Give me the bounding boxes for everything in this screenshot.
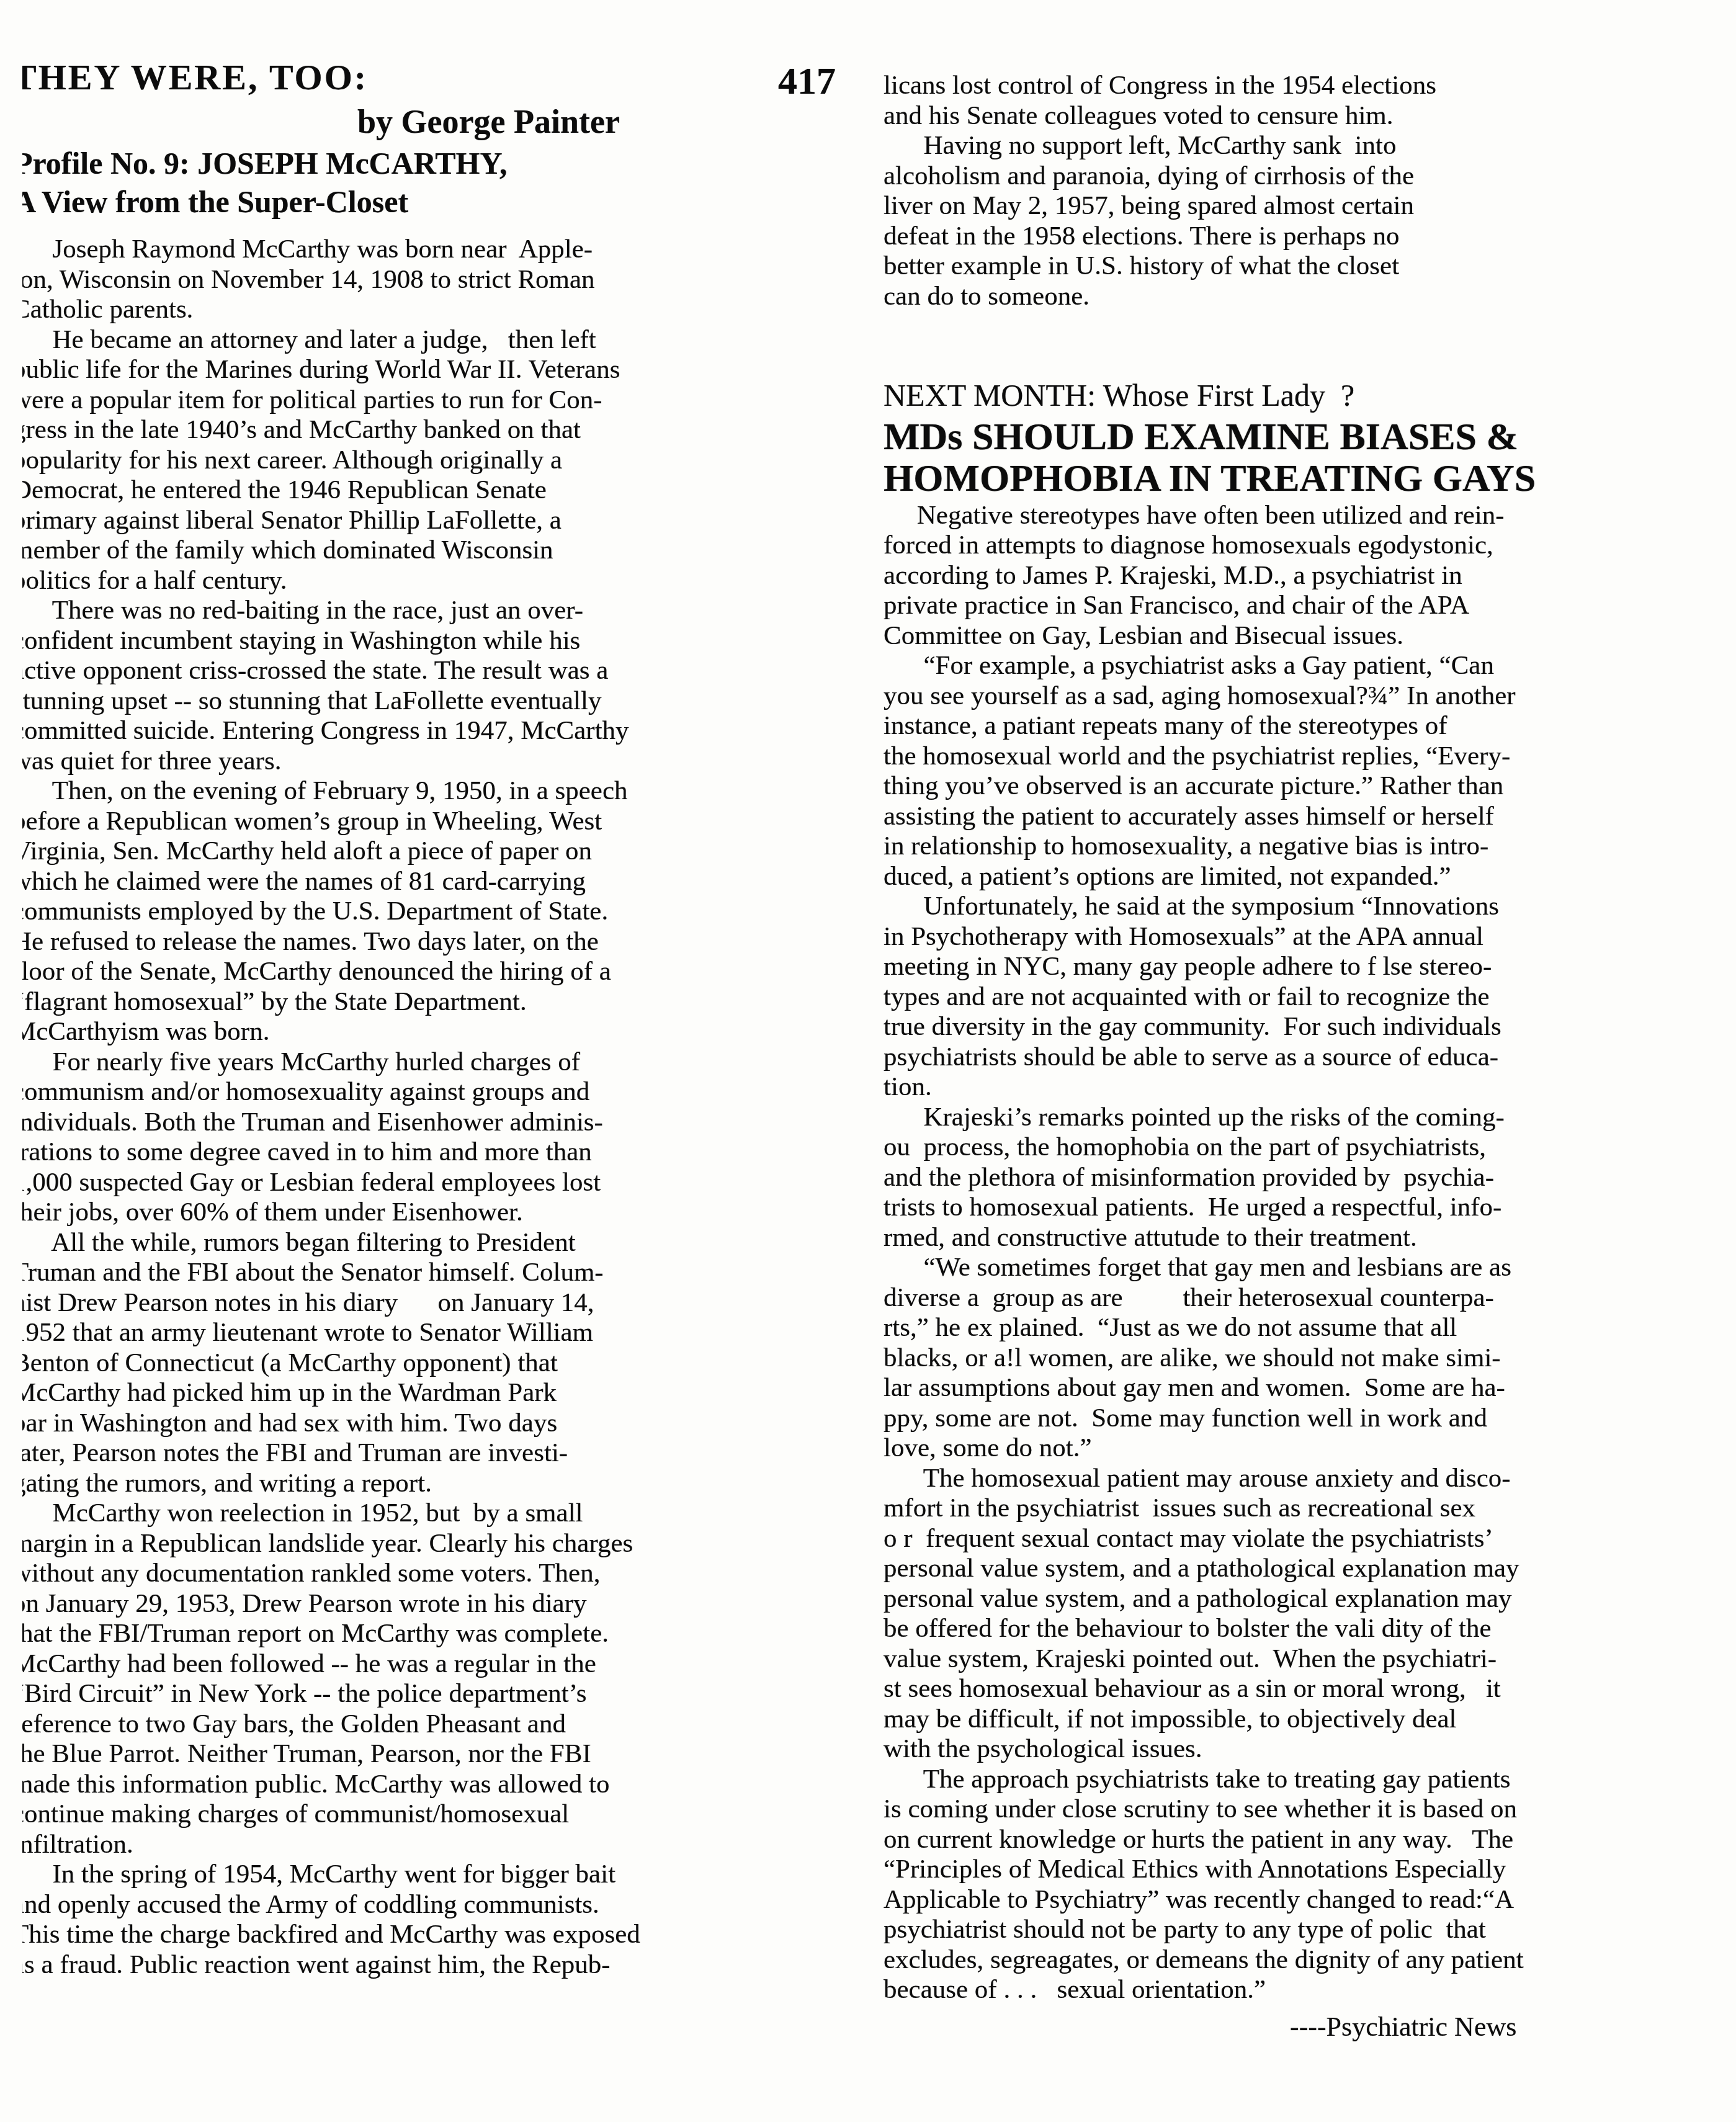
text-line: ou process, the homophobia on the part o… xyxy=(884,1132,1730,1163)
next-month-teaser: NEXT MONTH: Whose First Lady ? xyxy=(884,378,1730,413)
left-column: THEY WERE, TOO: by George Painter Profil… xyxy=(22,57,849,1980)
text-line: Unfortunately, he said at the symposium … xyxy=(884,892,1730,922)
article-continuation: licans lost control of Congress in the 1… xyxy=(884,71,1730,342)
text-line: margin in a Republican landslide year. C… xyxy=(22,1529,849,1559)
text-line: made this information public. McCarthy w… xyxy=(22,1770,849,1800)
text-line: in Psychotherapy with Homosexuals” at th… xyxy=(884,922,1730,952)
text-line: He became an attorney and later a judge,… xyxy=(22,325,849,356)
text-line: liver on May 2, 1957, being spared almos… xyxy=(884,191,1730,222)
text-line: Applicable to Psychiatry” was recently c… xyxy=(884,1885,1730,1915)
text-line: communism and/or homosexuality against g… xyxy=(22,1077,849,1108)
text-line: duced, a patient’s options are limited, … xyxy=(884,862,1730,892)
text-line: st sees homosexual behaviour as a sin or… xyxy=(884,1674,1730,1704)
text-line: individuals. Both the Truman and Eisenho… xyxy=(22,1108,849,1138)
text-line: He refused to release the names. Two day… xyxy=(22,927,849,957)
text-line: “Bird Circuit” in New York -- the police… xyxy=(22,1679,849,1709)
text-line: 1952 that an army lieutenant wrote to Se… xyxy=(22,1318,849,1348)
headline-line-2: HOMOPHOBIA IN TREATING GAYS xyxy=(884,458,1730,499)
text-line: may be difficult, if not impossible, to … xyxy=(884,1704,1730,1735)
text-line xyxy=(884,311,1730,342)
text-line: personal value system, and a ptathologic… xyxy=(884,1554,1730,1584)
text-line: and openly accused the Army of coddling … xyxy=(22,1890,849,1920)
text-line: For nearly five years McCarthy hurled ch… xyxy=(22,1047,849,1078)
text-line: Democrat, he entered the 1946 Republican… xyxy=(22,475,849,506)
attribution: ----Psychiatric News xyxy=(884,2012,1730,2043)
text-line: private practice in San Francisco, and c… xyxy=(884,591,1730,621)
text-line: communists employed by the U.S. Departme… xyxy=(22,897,849,927)
profile-subtitle-line1: Profile No. 9: JOSEPH McCARTHY, xyxy=(22,144,849,182)
text-line: o r frequent sexual contact may violate … xyxy=(884,1524,1730,1554)
headline-line-1: MDs SHOULD EXAMINE BIASES & xyxy=(884,416,1730,458)
text-line: In the spring of 1954, McCarthy went for… xyxy=(22,1860,849,1890)
text-line: and his Senate colleagues voted to censu… xyxy=(884,101,1730,132)
text-line: Krajeski’s remarks pointed up the risks … xyxy=(884,1103,1730,1133)
text-line: “flagrant homosexual” by the State Depar… xyxy=(22,987,849,1018)
text-line: better example in U.S. history of what t… xyxy=(884,251,1730,282)
text-line: McCarthyism was born. xyxy=(22,1017,849,1047)
text-line: Benton of Connecticut (a McCarthy oppone… xyxy=(22,1348,849,1379)
text-line: trations to some degree caved in to him … xyxy=(22,1137,849,1168)
text-line: mfort in the psychiatrist issues such as… xyxy=(884,1493,1730,1524)
text-line: McCarthy won reelection in 1952, but by … xyxy=(22,1498,849,1529)
text-line: on current knowledge or hurts the patien… xyxy=(884,1825,1730,1855)
text-line: instance, a patiant repeats many of the … xyxy=(884,711,1730,741)
article-body-left: Joseph Raymond McCarthy was born near Ap… xyxy=(22,235,849,1980)
text-line: without any documentation rankled some v… xyxy=(22,1559,849,1589)
text-line: be offered for the behaviour to bolster … xyxy=(884,1614,1730,1644)
text-line: according to James P. Krajeski, M.D., a … xyxy=(884,561,1730,591)
text-line: Truman and the FBI about the Senator him… xyxy=(22,1258,849,1288)
text-line: lar assumptions about gay men and women.… xyxy=(884,1373,1730,1403)
text-line: rts,” he ex plained. “Just as we do not … xyxy=(884,1313,1730,1343)
text-line: thing you’ve observed is an accurate pic… xyxy=(884,771,1730,802)
article-body-right: Negative stereotypes have often been uti… xyxy=(884,501,1730,2005)
text-line: alcoholism and paranoia, dying of cirrho… xyxy=(884,161,1730,192)
text-line: blacks, or a!l women, are alike, we shou… xyxy=(884,1343,1730,1374)
text-line: psychiatrist should not be party to any … xyxy=(884,1915,1730,1945)
profile-subtitle-line2: A View from the Super-Closet xyxy=(22,182,849,221)
text-line: forced in attempts to diagnose homosexua… xyxy=(884,530,1730,561)
text-line: is coming under close scrutiny to see wh… xyxy=(884,1794,1730,1825)
text-line: bar in Washington and had sex with him. … xyxy=(22,1408,849,1439)
text-line: “For example, a psychiatrist asks a Gay … xyxy=(884,651,1730,681)
text-line: Catholic parents. xyxy=(22,295,849,325)
text-line: with the psychological issues. xyxy=(884,1734,1730,1765)
text-line: There was no red-baiting in the race, ju… xyxy=(22,596,849,626)
text-line: personal value system, and a pathologica… xyxy=(884,1584,1730,1614)
text-line: continue making charges of communist/hom… xyxy=(22,1799,849,1830)
text-line: ppy, some are not. Some may function wel… xyxy=(884,1403,1730,1434)
text-line: licans lost control of Congress in the 1… xyxy=(884,71,1730,101)
text-line: love, some do not.” xyxy=(884,1433,1730,1464)
text-line: and the plethora of misinformation provi… xyxy=(884,1163,1730,1193)
text-line: diverse a group as are their heterosexua… xyxy=(884,1283,1730,1314)
text-line: primary against liberal Senator Phillip … xyxy=(22,506,849,536)
text-line: psychiatrists should be able to serve as… xyxy=(884,1042,1730,1073)
text-line: McCarthy had picked him up in the Wardma… xyxy=(22,1378,849,1408)
text-line: floor of the Senate, McCarthy denounced … xyxy=(22,957,849,987)
text-line: rmed, and constructive attutude to their… xyxy=(884,1223,1730,1253)
text-line: gating the rumors, and writing a report. xyxy=(22,1469,849,1499)
text-line: types and are not acquainted with or fai… xyxy=(884,982,1730,1013)
text-line: 1,000 suspected Gay or Lesbian federal e… xyxy=(22,1168,849,1198)
text-line: in relationship to homosexuality, a nega… xyxy=(884,831,1730,862)
text-line: The approach psychiatrists take to treat… xyxy=(884,1765,1730,1795)
text-line: Then, on the evening of February 9, 1950… xyxy=(22,776,849,807)
text-line: Virginia, Sen. McCarthy held aloft a pie… xyxy=(22,836,849,867)
text-line: politics for a half century. xyxy=(22,566,849,596)
text-line: because of . . . sexual orientation.” xyxy=(884,1975,1730,2005)
scanned-document-page: 417 THEY WERE, TOO: by George Painter Pr… xyxy=(0,0,1736,2122)
text-line: on January 29, 1953, Drew Pearson wrote … xyxy=(22,1589,849,1619)
text-line: stunning upset -- so stunning that LaFol… xyxy=(22,686,849,717)
text-line: This time the charge backfired and McCar… xyxy=(22,1920,849,1950)
text-line: The homosexual patient may arouse anxiet… xyxy=(884,1464,1730,1494)
article-title: THEY WERE, TOO: xyxy=(22,57,849,98)
text-line: the Blue Parrot. Neither Truman, Pearson… xyxy=(22,1739,849,1770)
text-line: as a fraud. Public reaction went against… xyxy=(22,1950,849,1981)
text-line: which he claimed were the names of 81 ca… xyxy=(22,867,849,897)
text-line: “Principles of Medical Ethics with Annot… xyxy=(884,1855,1730,1885)
right-column: licans lost control of Congress in the 1… xyxy=(884,71,1730,2043)
text-line: public life for the Marines during World… xyxy=(22,355,849,385)
text-line: infiltration. xyxy=(22,1830,849,1860)
text-line: “We sometimes forget that gay men and le… xyxy=(884,1253,1730,1283)
text-line: their jobs, over 60% of them under Eisen… xyxy=(22,1198,849,1228)
text-line: the homosexual world and the psychiatris… xyxy=(884,741,1730,772)
text-line: ton, Wisconsin on November 14, 1908 to s… xyxy=(22,265,849,295)
text-line: can do to someone. xyxy=(884,282,1730,312)
text-line: meeting in NYC, many gay people adhere t… xyxy=(884,952,1730,982)
text-line: Joseph Raymond McCarthy was born near Ap… xyxy=(22,235,849,265)
text-line: was quiet for three years. xyxy=(22,746,849,777)
text-line: were a popular item for political partie… xyxy=(22,385,849,416)
text-line: trists to homosexual patients. He urged … xyxy=(884,1193,1730,1223)
text-line: defeat in the 1958 elections. There is p… xyxy=(884,222,1730,252)
text-line: assisting the patient to accurately asse… xyxy=(884,802,1730,832)
text-line: Having no support left, McCarthy sank in… xyxy=(884,131,1730,161)
text-line: member of the family which dominated Wis… xyxy=(22,535,849,566)
text-line: excludes, segreagates, or demeans the di… xyxy=(884,1945,1730,1976)
text-line: confident incumbent staying in Washingto… xyxy=(22,626,849,656)
text-line: later, Pearson notes the FBI and Truman … xyxy=(22,1438,849,1469)
text-line: McCarthy had been followed -- he was a r… xyxy=(22,1649,849,1680)
text-line: gress in the late 1940’s and McCarthy ba… xyxy=(22,415,849,445)
text-line: nist Drew Pearson notes in his diary on … xyxy=(22,1288,849,1318)
text-line: value system, Krajeski pointed out. When… xyxy=(884,1644,1730,1675)
text-line: true diversity in the gay community. For… xyxy=(884,1012,1730,1042)
text-line: before a Republican women’s group in Whe… xyxy=(22,807,849,837)
text-line: active opponent criss-crossed the state.… xyxy=(22,656,849,686)
text-line: Negative stereotypes have often been uti… xyxy=(884,501,1730,531)
text-line: you see yourself as a sad, aging homosex… xyxy=(884,681,1730,712)
text-line: reference to two Gay bars, the Golden Ph… xyxy=(22,1709,849,1740)
text-line: All the while, rumors began filtering to… xyxy=(22,1228,849,1258)
text-line: that the FBI/Truman report on McCarthy w… xyxy=(22,1619,849,1649)
byline: by George Painter xyxy=(22,103,849,140)
text-line: Committee on Gay, Lesbian and Bisecual i… xyxy=(884,621,1730,651)
text-line: tion. xyxy=(884,1072,1730,1103)
text-line: popularity for his next career. Although… xyxy=(22,445,849,476)
text-line: committed suicide. Entering Congress in … xyxy=(22,716,849,746)
